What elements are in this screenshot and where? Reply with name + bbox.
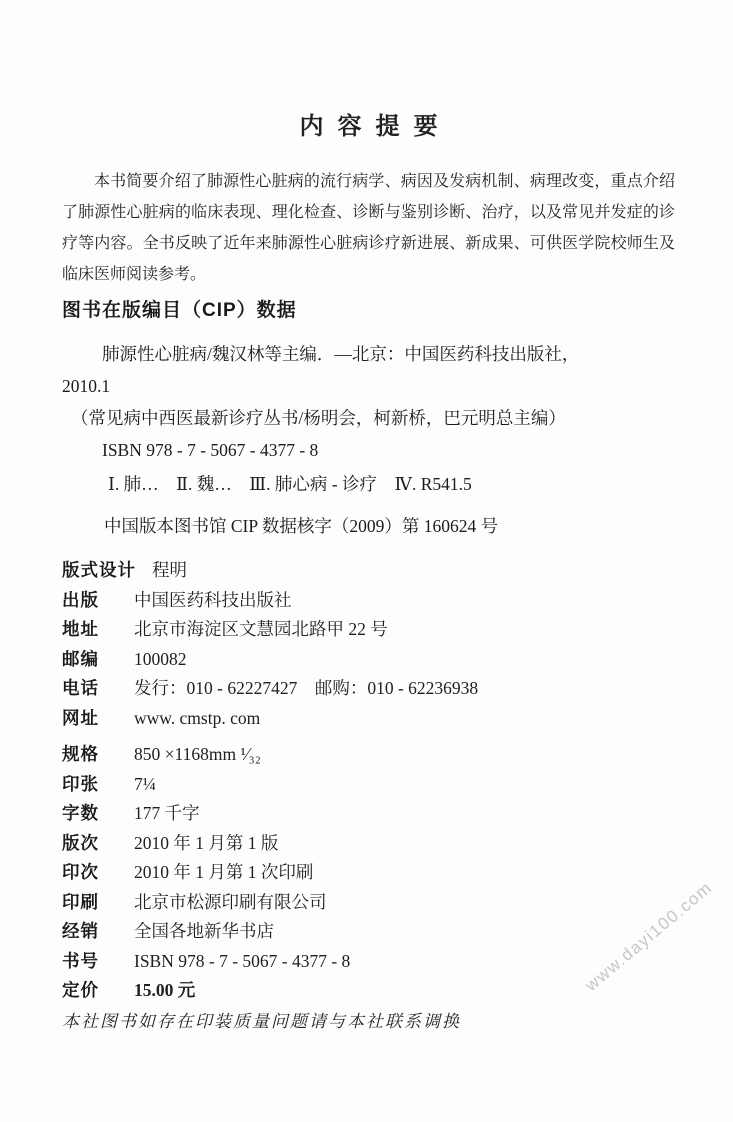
colophon-row: 电话 发行：010 - 62227427 邮购：010 - 62236938 bbox=[62, 674, 675, 704]
colophon-row: 网址 www. cmstp. com bbox=[62, 704, 675, 734]
colophon-row: 经销 全国各地新华书店 bbox=[62, 917, 675, 947]
colophon-label: 出版 bbox=[62, 586, 134, 616]
colophon-value: 7¼ bbox=[134, 770, 156, 800]
colophon-value: 北京市松源印刷有限公司 bbox=[134, 888, 327, 918]
colophon-row: 书号 ISBN 978 - 7 - 5067 - 4377 - 8 bbox=[62, 947, 675, 977]
colophon-label: 地址 bbox=[62, 615, 134, 645]
colophon-row: 邮编 100082 bbox=[62, 645, 675, 675]
colophon-value: 177 千字 bbox=[134, 799, 200, 829]
colophon-value: ISBN 978 - 7 - 5067 - 4377 - 8 bbox=[134, 947, 350, 977]
page-content: 内容提要 本书简要介绍了肺源性心脏病的流行病学、病因及发病机制、病理改变，重点介… bbox=[0, 0, 733, 1035]
cip-line: （常见病中西医最新诊疗丛书/杨明会，柯新桥，巴元明总主编） bbox=[62, 402, 675, 434]
cip-line: 肺源性心脏病/魏汉林等主编．—北京：中国医药科技出版社， bbox=[62, 338, 675, 370]
colophon-label: 邮编 bbox=[62, 645, 134, 675]
colophon-label: 经销 bbox=[62, 917, 134, 947]
colophon-value: 2010 年 1 月第 1 次印刷 bbox=[134, 858, 313, 888]
colophon-row: 字数 177 千字 bbox=[62, 799, 675, 829]
colophon-row: 地址 北京市海淀区文慧园北路甲 22 号 bbox=[62, 615, 675, 645]
colophon-row: 出版 中国医药科技出版社 bbox=[62, 586, 675, 616]
colophon-label: 版式设计 bbox=[62, 556, 136, 586]
colophon-label: 网址 bbox=[62, 704, 134, 734]
cip-heading: 图书在版编目（CIP）数据 bbox=[62, 298, 675, 324]
colophon-label: 定价 bbox=[62, 976, 134, 1006]
summary-paragraph: 本书简要介绍了肺源性心脏病的流行病学、病因及发病机制、病理改变，重点介绍了肺源性… bbox=[62, 166, 675, 290]
cip-line: 中国版本图书馆 CIP 数据核字（2009）第 160624 号 bbox=[62, 510, 675, 542]
book-copyright-page: 内容提要 本书简要介绍了肺源性心脏病的流行病学、病因及发病机制、病理改变，重点介… bbox=[0, 0, 733, 1122]
colophon-label: 印刷 bbox=[62, 888, 134, 918]
colophon-label: 字数 bbox=[62, 799, 134, 829]
colophon-row: 版式设计 程明 bbox=[62, 556, 675, 586]
colophon-row: 规格 850 ×1168mm ¹⁄₃₂ bbox=[62, 740, 675, 770]
colophon: 版式设计 程明 出版 中国医药科技出版社 地址 北京市海淀区文慧园北路甲 22 … bbox=[62, 556, 675, 1035]
colophon-row: 印次 2010 年 1 月第 1 次印刷 bbox=[62, 858, 675, 888]
colophon-label: 电话 bbox=[62, 674, 134, 704]
colophon-value: www. cmstp. com bbox=[134, 704, 260, 734]
colophon-value: 中国医药科技出版社 bbox=[134, 586, 292, 616]
colophon-label: 印次 bbox=[62, 858, 134, 888]
colophon-value: 2010 年 1 月第 1 版 bbox=[134, 829, 278, 859]
colophon-label: 印张 bbox=[62, 770, 134, 800]
page-title: 内容提要 bbox=[62, 112, 675, 142]
colophon-value: 北京市海淀区文慧园北路甲 22 号 bbox=[134, 615, 388, 645]
cip-line: Ⅰ. 肺… Ⅱ. 魏… Ⅲ. 肺心病 - 诊疗 Ⅳ. R541.5 bbox=[62, 468, 675, 500]
colophon-row: 印张 7¼ bbox=[62, 770, 675, 800]
colophon-row: 印刷 北京市松源印刷有限公司 bbox=[62, 888, 675, 918]
colophon-value: 850 ×1168mm ¹⁄₃₂ bbox=[134, 740, 261, 770]
colophon-row: 版次 2010 年 1 月第 1 版 bbox=[62, 829, 675, 859]
colophon-label: 规格 bbox=[62, 740, 134, 770]
cip-line: 2010.1 bbox=[62, 370, 675, 402]
quality-note: 本社图书如存在印装质量问题请与本社联系调换 bbox=[62, 1009, 675, 1035]
colophon-value: 100082 bbox=[134, 645, 187, 675]
colophon-value: 全国各地新华书店 bbox=[134, 917, 274, 947]
colophon-value: 程明 bbox=[152, 556, 187, 586]
colophon-value: 发行：010 - 62227427 邮购：010 - 62236938 bbox=[134, 674, 478, 704]
colophon-value: 15.00 元 bbox=[134, 976, 195, 1006]
colophon-label: 书号 bbox=[62, 947, 134, 977]
cip-line: ISBN 978 - 7 - 5067 - 4377 - 8 bbox=[62, 434, 675, 466]
colophon-label: 版次 bbox=[62, 829, 134, 859]
